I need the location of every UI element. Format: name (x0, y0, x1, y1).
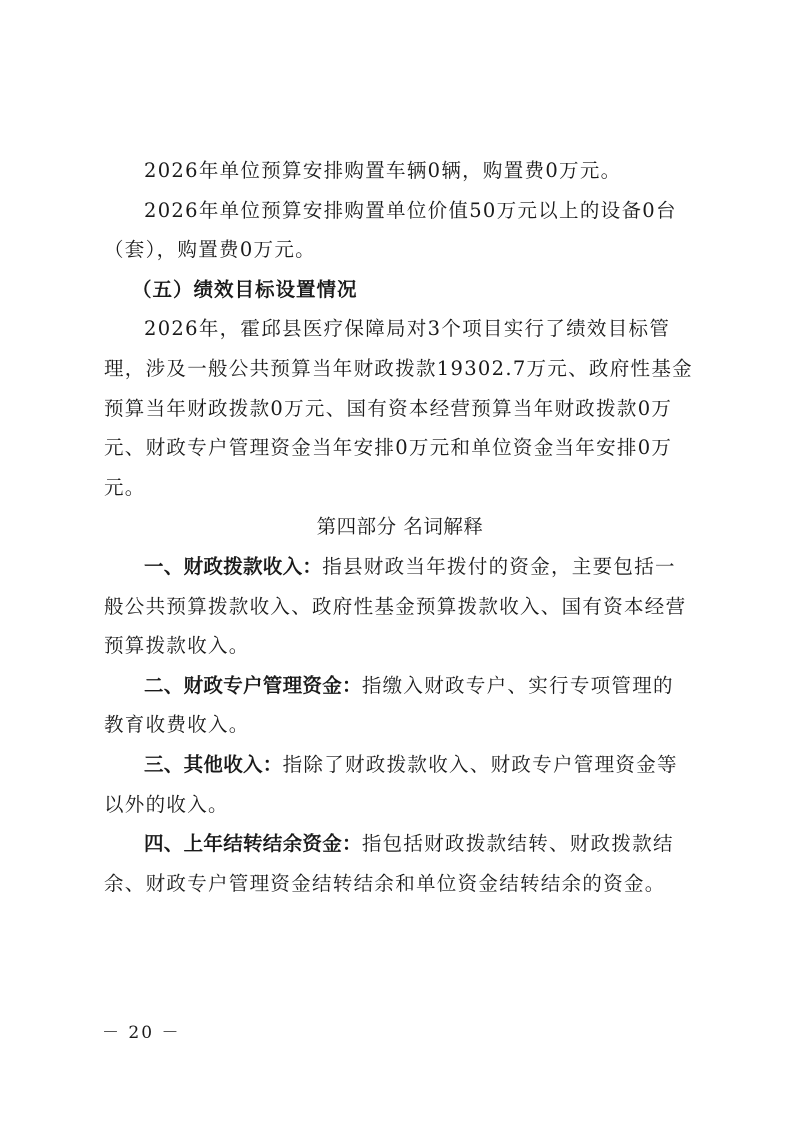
glossary-item-3-cont: 以外的收入。 (104, 785, 696, 825)
paragraph-performance-line4: 元、财政专户管理资金当年安排0万元和单位资金当年安排0万 (104, 428, 696, 468)
paragraph-performance-line5: 元。 (104, 468, 696, 508)
paragraph-performance-line1: 2026年，霍邱县医疗保障局对3个项目实行了绩效目标管 (104, 309, 696, 349)
glossary-item-1-cont: 般公共预算拨款收入、政府性基金预算拨款收入、国有资本经营 (104, 587, 696, 627)
section-heading-performance-goals: （五）绩效目标设置情况 (104, 270, 696, 310)
glossary-item-2: 二、财政专户管理资金：指缴入财政专户、实行专项管理的 (104, 666, 696, 706)
glossary-item-4: 四、上年结转结余资金：指包括财政拨款结转、财政拨款结 (104, 824, 696, 864)
glossary-definition: 指缴入财政专户、实行专项管理的 (362, 674, 674, 697)
part-title-glossary: 第四部分 名词解释 (104, 507, 696, 547)
page-number: － 20 － (102, 1018, 180, 1043)
glossary-term: 三、其他收入： (144, 753, 283, 776)
glossary-term: 二、财政专户管理资金： (144, 674, 362, 697)
glossary-term: 四、上年结转结余资金： (144, 832, 362, 855)
glossary-item-1: 一、财政拨款收入：指县财政当年拨付的资金，主要包括一 (104, 547, 696, 587)
glossary-definition: 指除了财政拨款收入、财政专户管理资金等 (283, 753, 678, 776)
glossary-item-2-cont: 教育收费收入。 (104, 705, 696, 745)
paragraph-performance-line2: 理，涉及一般公共预算当年财政拨款19302.7万元、政府性基金 (104, 349, 696, 389)
glossary-item-3: 三、其他收入：指除了财政拨款收入、财政专户管理资金等 (104, 745, 696, 785)
glossary-definition: 指县财政当年拨付的资金，主要包括一 (322, 555, 676, 578)
glossary-item-4-cont: 余、财政专户管理资金结转结余和单位资金结转结余的资金。 (104, 864, 696, 904)
document-page: 2026年单位预算安排购置车辆0辆，购置费0万元。 2026年单位预算安排购置单… (104, 151, 696, 903)
glossary-definition: 指包括财政拨款结转、财政拨款结 (362, 832, 674, 855)
glossary-item-1-cont: 预算拨款收入。 (104, 626, 696, 666)
glossary-term: 一、财政拨款收入： (144, 555, 322, 578)
paragraph-equipment-purchase-line1: 2026年单位预算安排购置单位价值50万元以上的设备0台 (104, 191, 696, 231)
paragraph-vehicle-purchase: 2026年单位预算安排购置车辆0辆，购置费0万元。 (104, 151, 696, 191)
paragraph-performance-line3: 预算当年财政拨款0万元、国有资本经营预算当年财政拨款0万 (104, 389, 696, 429)
paragraph-equipment-purchase-line2: （套），购置费0万元。 (104, 230, 696, 270)
